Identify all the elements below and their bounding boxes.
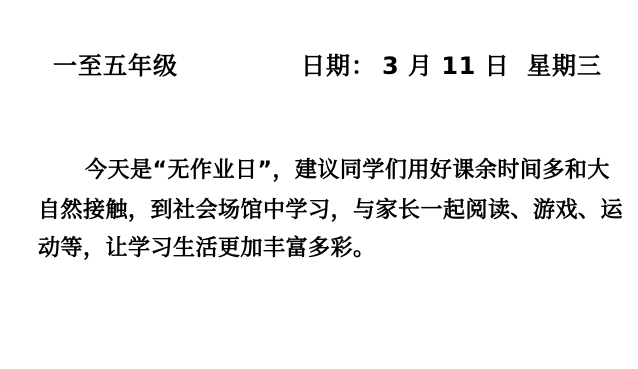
notice-text-line-1: 今天是“无作业日”，建议同学们用好课余时间多和大 bbox=[85, 158, 610, 184]
date-label: 日期： bbox=[301, 52, 376, 80]
weekday-label: 星期三 bbox=[527, 51, 602, 81]
header-row: 一至五年级 日期：3 月 11 日 星期三 bbox=[0, 51, 638, 81]
grade-label: 一至五年级 bbox=[53, 51, 178, 81]
notice-page: 一至五年级 日期：3 月 11 日 星期三 今天是“无作业日”，建议同学们用好课… bbox=[0, 0, 638, 369]
notice-text-line-2: 自然接触，到社会场馆中学习，与家长一起阅读、游戏、运 bbox=[38, 198, 623, 224]
date-value: 3 月 11 日 bbox=[382, 52, 509, 80]
date-field: 日期：3 月 11 日 bbox=[301, 51, 509, 81]
notice-text-line-3: 动等，让学习生活更加丰富多彩。 bbox=[38, 236, 376, 262]
